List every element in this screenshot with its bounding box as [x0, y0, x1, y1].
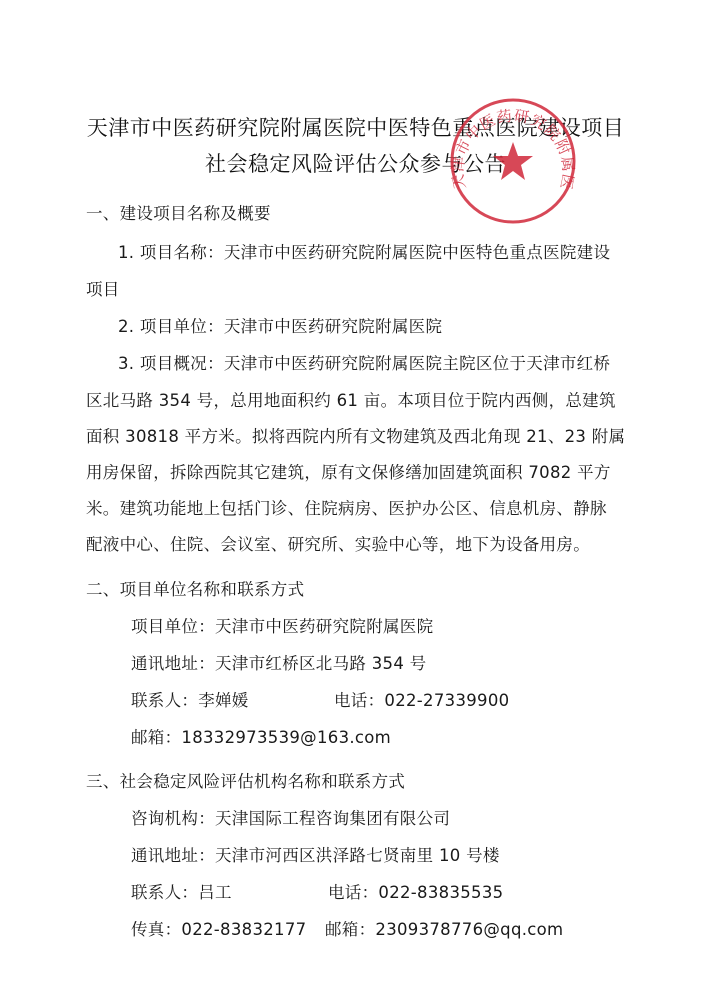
section3-address: 通讯地址：天津市河西区洪泽路七贤南里 10 号楼 [131, 842, 500, 866]
section1-item1-line2: 项目 [86, 276, 120, 300]
section1-item3-line: 用房保留，拆除西院其它建筑，原有文保修缮加固建筑面积 7082 平方 [86, 459, 611, 483]
section3-agency: 咨询机构：天津国际工程咨询集团有限公司 [131, 805, 450, 829]
section2-contact: 联系人：李婵媛 [131, 687, 249, 711]
section3-heading: 三、社会稳定风险评估机构名称和联系方式 [86, 768, 405, 792]
section1-item2: 2. 项目单位：天津市中医药研究院附属医院 [118, 313, 442, 337]
section3-email: 邮箱：2309378776@qq.com [325, 916, 563, 940]
section1-item3-line: 区北马路 354 号，总用地面积约 61 亩。本项目位于院内西侧，总建筑 [86, 387, 616, 411]
section1-item3-line: 面积 30818 平方米。拟将西院内所有文物建筑及西北角现 21、23 附属 [86, 423, 625, 447]
section1-item1-line1: 1. 项目名称：天津市中医药研究院附属医院中医特色重点医院建设 [118, 239, 610, 263]
section2-address: 通讯地址：天津市红桥区北马路 354 号 [131, 650, 426, 674]
section1-item3-line: 配液中心、住院、会议室、研究所、实验中心等，地下为设备用房。 [86, 531, 590, 555]
document-page: 天津市中医药研究院附属医院中医特色重点医院建设项目 社会稳定风险评估公众参与公告… [0, 0, 711, 1000]
section2-unit: 项目单位：天津市中医药研究院附属医院 [131, 613, 433, 637]
section3-phone: 电话：022-83835535 [328, 879, 503, 903]
section3-fax: 传真：022-83832177 [131, 916, 306, 940]
section1-item3-line: 3. 项目概况：天津市中医药研究院附属医院主院区位于天津市红桥 [118, 350, 610, 374]
document-title-line2: 社会稳定风险评估公众参与公告 [0, 148, 711, 178]
section1-heading: 一、建设项目名称及概要 [86, 200, 271, 224]
section1-item3-line: 米。建筑功能地上包括门诊、住院病房、医护办公区、信息机房、静脉 [86, 495, 607, 519]
section2-phone: 电话：022-27339900 [334, 687, 509, 711]
section2-email: 邮箱：18332973539@163.com [131, 724, 391, 748]
section2-heading: 二、项目单位名称和联系方式 [86, 576, 304, 600]
section3-contact: 联系人：吕工 [131, 879, 232, 903]
document-title-line1: 天津市中医药研究院附属医院中医特色重点医院建设项目 [0, 112, 711, 142]
